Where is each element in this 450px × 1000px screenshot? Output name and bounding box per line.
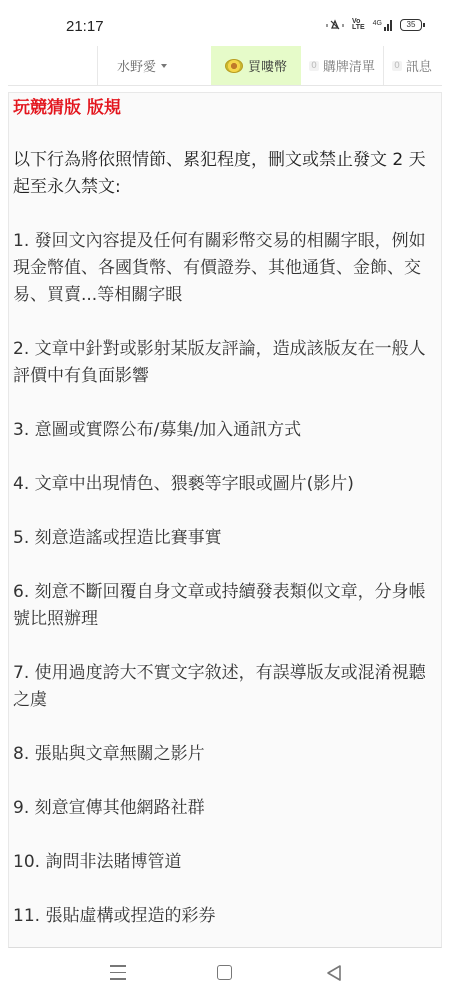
system-nav-bar (0, 948, 450, 1000)
home-icon[interactable] (217, 965, 232, 980)
article-title: 玩競猜版 版規 (13, 95, 437, 121)
rule-item: 1. 發回文內容提及任何有關彩幣交易的相關字眼，例如現金幣值、各國貨幣、有價證券… (13, 228, 437, 309)
status-icons: VoLTE 4G 35 (326, 19, 422, 31)
rule-item: 2. 文章中針對或影射某版友評論，造成該版友在一般人評價中有負面影響 (13, 336, 437, 390)
messages-button[interactable]: 0 訊息 (384, 46, 440, 85)
rule-item: 10. 詢問非法賭博管道 (13, 849, 437, 876)
user-menu[interactable]: 水野愛 (97, 46, 186, 85)
top-nav: 水野愛 買嘍幣 0 購牌清單 0 訊息 (8, 46, 442, 86)
article-intro: 以下行為將依照情節、累犯程度，刪文或禁止發文 2 天起至永久禁文: (13, 147, 437, 201)
rule-item: 5. 刻意造謠或捏造比賽事實 (13, 525, 437, 552)
cart-list-button[interactable]: 0 購牌清單 (301, 46, 384, 85)
messages-label: 訊息 (406, 56, 432, 75)
cart-label: 購牌清單 (323, 56, 375, 75)
rule-item: 9. 刻意宣傳其他網路社群 (13, 795, 437, 822)
rule-item: 4. 文章中出現情色、猥褻等字眼或圖片(影片) (13, 471, 437, 498)
message-count-badge: 0 (392, 61, 402, 71)
user-name: 水野愛 (117, 56, 156, 75)
network-type: 4G (373, 20, 382, 27)
rule-item: 6. 刻意不斷回覆自身文章或持續發表類似文章，分身帳號比照辦理 (13, 579, 437, 633)
buy-coin-label: 買嘍幣 (248, 56, 287, 75)
battery-icon: 35 (400, 19, 422, 31)
vibrate-mute-icon (326, 19, 344, 31)
rule-item: 7. 使用過度誇大不實文字敘述，有誤導版友或混淆視聽之虞 (13, 660, 437, 714)
signal-icon: 4G (373, 20, 392, 31)
coin-icon (225, 59, 243, 73)
rule-item: 11. 張貼虛構或捏造的彩券 (13, 903, 437, 930)
rules-article: 玩競猜版 版規 以下行為將依照情節、累犯程度，刪文或禁止發文 2 天起至永久禁文… (8, 92, 442, 948)
rule-item: 8. 張貼與文章無關之影片 (13, 741, 437, 768)
recent-apps-icon[interactable] (110, 965, 126, 985)
status-bar: 21:17 VoLTE 4G 35 (0, 0, 450, 46)
rule-item: 3. 意圖或實際公布/募集/加入通訊方式 (13, 417, 437, 444)
cart-count-badge: 0 (309, 61, 319, 71)
back-icon[interactable] (326, 964, 342, 982)
chevron-down-icon (161, 64, 167, 68)
status-time: 21:17 (66, 18, 104, 35)
volte-icon: VoLTE (352, 19, 365, 31)
buy-coin-button[interactable]: 買嘍幣 (211, 46, 301, 85)
